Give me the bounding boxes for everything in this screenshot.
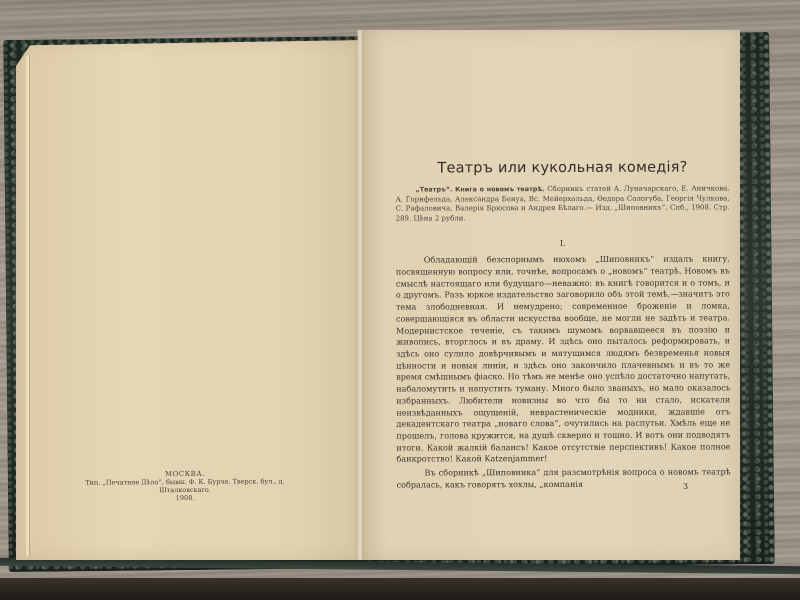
bibliographic-note: „Театръ“. Книга о новомъ театрѣ. Сборник… [396, 184, 730, 224]
page-number: 3 [683, 482, 688, 491]
printer-imprint: МОСКВА. Тип. „Печатное Дѣло“, бывш. Ф. К… [60, 469, 310, 503]
left-page-stack-edge [26, 56, 30, 556]
article: Театръ или кукольная комедія? „Театръ“. … [395, 159, 730, 491]
table-edge-shadow [0, 578, 800, 600]
paragraph: Обладающій безспорнымъ нюхомъ „Шиповникъ… [396, 254, 731, 466]
paragraph: Въ сборникѣ „Шиповника“ для разсмотрѣнія… [396, 466, 730, 491]
bibliographic-lead: „Театръ“. Книга о новомъ театрѣ. [416, 185, 545, 193]
book-gutter [356, 30, 364, 560]
imprint-printer: Тип. „Печатное Дѣло“, бывш. Ф. К. Бурче.… [60, 477, 310, 495]
section-number: I. [396, 239, 730, 249]
article-title: Театръ или кукольная комедія? [395, 159, 729, 176]
